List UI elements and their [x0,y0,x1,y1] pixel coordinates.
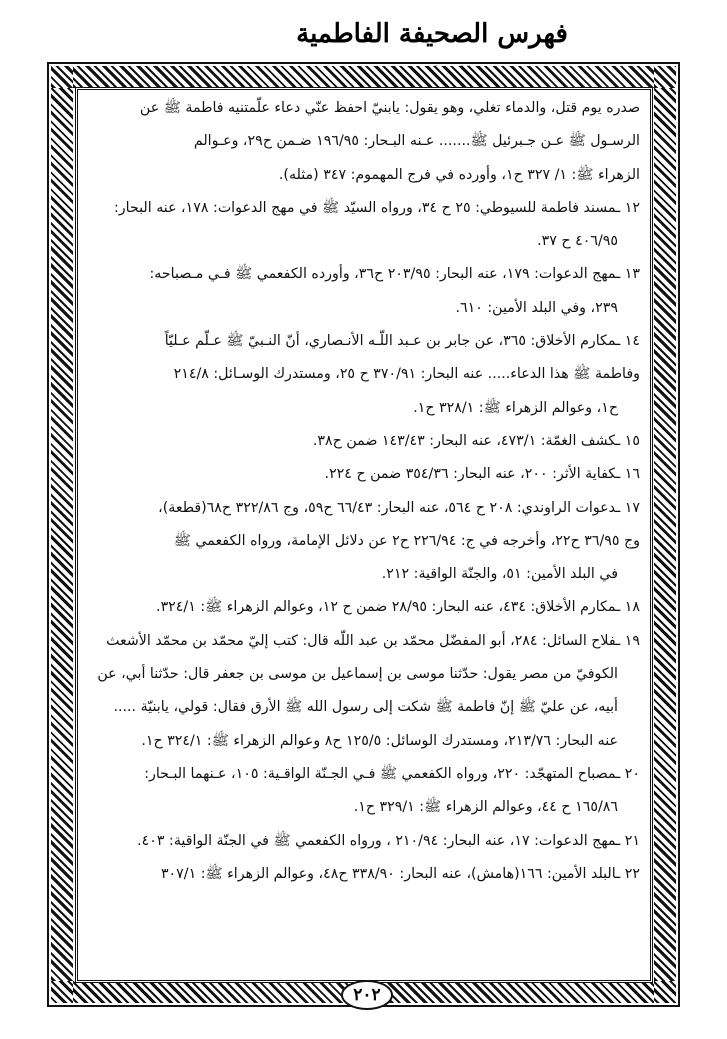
text-line: ٢١ ـمهج الدعوات: ١٧، عنه البحار: ٢١٠/٩٤ … [95,825,640,858]
page-number: ٢٠٢ [341,980,393,1010]
text-line: ١٩ ـفلاح السائل: ٢٨٤، أبو المفضّل محمّد … [95,625,640,658]
text-line: ٢٣٩، وفي البلد الأمين: ٦١٠. [95,292,640,325]
text-line: ١٨ ـمكارم الأخلاق: ٤٣٤، عنه البحار: ٢٨/٩… [95,591,640,624]
text-line: ٤٠٦/٩٥ ح ٣٧. [95,225,640,258]
text-line: صدره يوم قتل، والدماء تغلي، وهو يقول: يا… [95,92,640,125]
text-line: ٢٠ ـمصباح المتهجّد: ٢٢٠، ورواه الكفعمي ﷺ… [95,758,640,791]
text-line: أبيه، عن عليّ ﷺ إنّ فاطمة ﷺ شكت إلى رسول… [95,691,640,724]
footnote-entry: ١٤ ـمكارم الأخلاق: ٣٦٥، عن جابر بن عـبد … [95,325,640,425]
footnote-entry: ١٢ ـمسند فاطمة للسيوطي: ٢٥ ح ٣٤، ورواه ا… [95,192,640,259]
footnote-entry: ٢٢ ـالبلد الأمين: ١٦٦(هامش)، عنه البحار:… [95,858,640,891]
text-line: الرسـول ﷺ عـن جـبرئيل ﷺ....... عـنه البـ… [95,125,640,158]
text-line: الزهراء ﷺ: ١/ ٣٢٧ ح١، وأورده في فرج المه… [95,159,640,192]
text-line: في البلد الأمين: ٥١، والجنّة الواقية: ٢١… [95,558,640,591]
text-line: وفاطمة ﷺ هذا الدعاء..... عنه البحار: ٣٧٠… [95,358,640,391]
footnote-entry: ٢١ ـمهج الدعوات: ١٧، عنه البحار: ٢١٠/٩٤ … [95,825,640,858]
text-line: ١٦٥/٨٦ ح ٤٤، وعوالم الزهراء ﷺ: ٣٢٩/١ ح١. [95,791,640,824]
footnotes-list: صدره يوم قتل، والدماء تغلي، وهو يقول: يا… [95,92,640,891]
footnote-entry: ١٩ ـفلاح السائل: ٢٨٤، أبو المفضّل محمّد … [95,625,640,758]
footnote-entry: ١٣ ـمهج الدعوات: ١٧٩، عنه البحار: ٢٠٣/٩٥… [95,258,640,325]
text-line: ١٢ ـمسند فاطمة للسيوطي: ٢٥ ح ٣٤، ورواه ا… [95,192,640,225]
text-line: ح١، وعوالم الزهراء ﷺ: ٣٢٨/١ ح١. [95,392,640,425]
footnote-entry: ١٧ ـدعوات الراوندي: ٢٠٨ ح ٥٦٤، عنه البحا… [95,492,640,592]
text-line: عنه البحار: ٢١٣/٧٦، ومستدرك الوسائل: ١٢٥… [95,725,640,758]
footnote-entry: ١٨ ـمكارم الأخلاق: ٤٣٤، عنه البحار: ٢٨/٩… [95,591,640,624]
text-line: ١٦ ـكفاية الأثر: ٢٠٠، عنه البحار: ٣٥٤/٣٦… [95,458,640,491]
running-header-title: فهرس الصحيفة الفاطمية الجامعة [282,12,582,56]
text-line: ١٤ ـمكارم الأخلاق: ٣٦٥، عن جابر بن عـبد … [95,325,640,358]
footnote-entry: صدره يوم قتل، والدماء تغلي، وهو يقول: يا… [95,92,640,192]
text-line: ١٣ ـمهج الدعوات: ١٧٩، عنه البحار: ٢٠٣/٩٥… [95,258,640,291]
footnote-entry: ٢٠ ـمصباح المتهجّد: ٢٢٠، ورواه الكفعمي ﷺ… [95,758,640,825]
text-line: ٢٢ ـالبلد الأمين: ١٦٦(هامش)، عنه البحار:… [95,858,640,891]
footnote-entry: ١٦ ـكفاية الأثر: ٢٠٠، عنه البحار: ٣٥٤/٣٦… [95,458,640,491]
text-line: ١٧ ـدعوات الراوندي: ٢٠٨ ح ٥٦٤، عنه البحا… [95,492,640,525]
text-line: ١٥ ـكشف الغمّة: ٤٧٣/١، عنه البحار: ١٤٣/٤… [95,425,640,458]
footnote-entry: ١٥ ـكشف الغمّة: ٤٧٣/١، عنه البحار: ١٤٣/٤… [95,425,640,458]
text-line: الكوفيّ من مصر يقول: حدّثنا موسى بن إسما… [95,658,640,691]
text-line: وج ٣٦/٩٥ ح٢٢، وأخرجه في ج: ٢٢٦/٩٤ ح٢ عن … [95,525,640,558]
